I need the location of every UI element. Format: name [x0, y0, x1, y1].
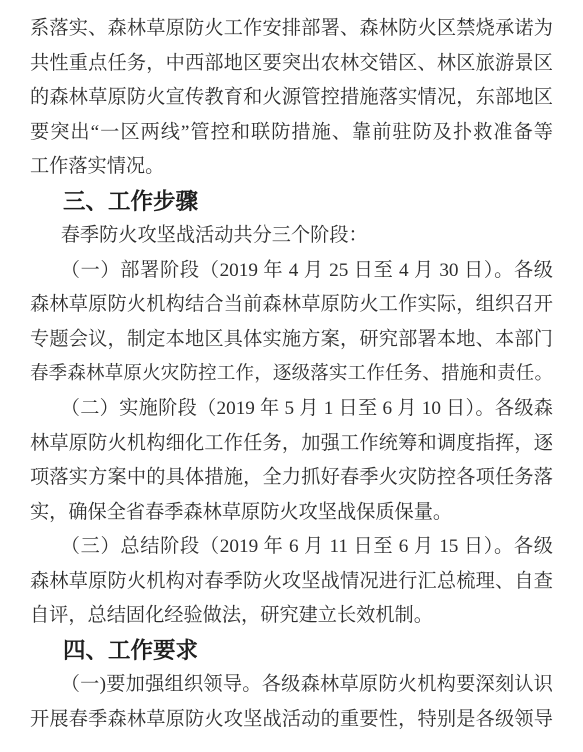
text-line: 森林草原防火机构对春季防火攻坚战情况进行汇总梳理、自查 [30, 565, 553, 600]
text-line: 自评，总结固化经验做法，研究建立长效机制。 [30, 599, 553, 634]
text-line: （一）部署阶段（2019 年 4 月 25 日至 4 月 30 日）。各级 [30, 254, 553, 289]
text-line: 要突出“一区两线”管控和联防措施、靠前驻防及扑救准备等 [30, 116, 553, 151]
text-line: （二）实施阶段（2019 年 5 月 1 日至 6 月 10 日）。各级森 [30, 392, 553, 427]
text-line: 项落实方案中的具体措施，全力抓好春季火灾防控各项任务落 [30, 461, 553, 496]
text-line: （一)要加强组织领导。各级森林草原防火机构要深刻认识 [30, 668, 553, 703]
text-line: 的森林草原防火宣传教育和火源管控措施落实情况，东部地区 [30, 81, 553, 116]
text-line: 森林草原防火机构结合当前森林草原防火工作实际，组织召开 [30, 288, 553, 323]
text-line: 春季森林草原火灾防控工作，逐级落实工作任务、措施和责任。 [30, 357, 553, 392]
text-line: 林草原防火机构细化工作任务，加强工作统筹和调度指挥，逐 [30, 427, 553, 462]
document-page: 系落实、森林草原防火工作安排部署、森林防火区禁烧承诺为 共性重点任务，中西部地区… [0, 0, 583, 752]
section-heading-work-requirements: 四、工作要求 [30, 634, 553, 669]
text-line: 共性重点任务，中西部地区要突出农林交错区、林区旅游景区 [30, 47, 553, 82]
section-heading-work-steps: 三、工作步骤 [30, 185, 553, 220]
text-line: 开展春季森林草原防火攻坚战活动的重要性，特别是各级领导 [30, 703, 553, 738]
text-line: 专题会议，制定本地区具体实施方案，研究部署本地、本部门 [30, 323, 553, 358]
text-line: 实，确保全省春季森林草原防火攻坚战保质保量。 [30, 496, 553, 531]
text-line: 春季防火攻坚战活动共分三个阶段： [30, 219, 553, 254]
text-line: 工作落实情况。 [30, 150, 553, 185]
text-line: 系落实、森林草原防火工作安排部署、森林防火区禁烧承诺为 [30, 12, 553, 47]
text-line: （三）总结阶段（2019 年 6 月 11 日至 6 月 15 日）。各级 [30, 530, 553, 565]
